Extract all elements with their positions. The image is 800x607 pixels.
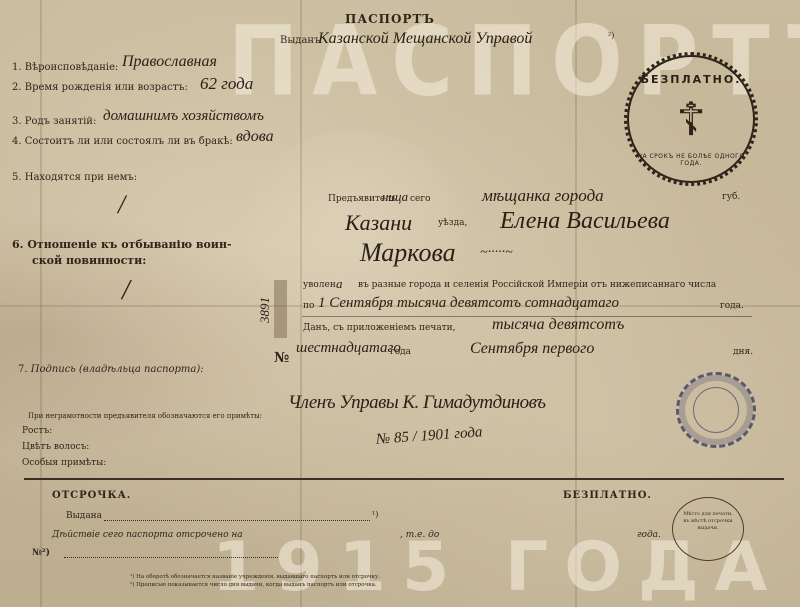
given-with-seal: Данъ, съ приложеніемъ печати,: [303, 323, 456, 333]
field-2-value: 62 года: [200, 74, 253, 94]
bearer-sego: сего: [410, 194, 431, 204]
field-6-value: /: [122, 275, 130, 307]
field-5: 5. Находятся при немъ:: [12, 172, 137, 183]
bearer-dashes: ~·····~: [480, 245, 513, 261]
free-stamp-term: НА СРОКЪ НЕ БОЛѢЕ ОДНОГО ГОДА.: [627, 153, 755, 167]
field-5-value: /: [118, 190, 125, 220]
field-4-value: вдова: [236, 128, 274, 146]
number-sign: №: [274, 350, 289, 366]
footnote-1: ¹) На оборотѣ обозначается названіе учре…: [130, 574, 380, 580]
section-divider: [24, 478, 784, 480]
extension-sign-line: [64, 557, 278, 558]
given-year-b: шестнадцатаго: [296, 340, 401, 357]
extension-sign-mark: №²): [32, 548, 50, 558]
field-2: 2. Время рожденія или возрастъ:: [12, 82, 188, 93]
official-ink-seal: [676, 372, 756, 448]
serial-number: 3891: [257, 297, 273, 323]
bearer-surname: Маркова: [360, 238, 456, 268]
given-year-word: года: [390, 347, 411, 357]
field-7: 7. Подпись (владѣльца паспорта):: [18, 364, 204, 375]
issued-by-value: Казанской Мещанской Управой: [318, 30, 532, 48]
field-6-continued: ской повинности:: [32, 254, 146, 267]
permission-until-prefix: по: [303, 301, 314, 311]
registry-number: № 85 / 1901 года: [376, 424, 483, 448]
free-stamp: БЕЗПЛАТНО. ☦ НА СРОКЪ НЕ БОЛѢЕ ОДНОГО ГО…: [624, 52, 758, 186]
field-1-value: Православная: [122, 53, 217, 71]
official-signature: Членъ Управы К. Гимадутдиновъ: [288, 392, 546, 414]
extension-valid-label: Дѣйствіе сего паспорта отсрочено на: [52, 530, 243, 540]
given-year-a: тысяча девятсотъ: [492, 316, 624, 334]
field-4: 4. Состоитъ ли или состоялъ ли въ бракѣ:: [12, 136, 233, 147]
permission-until-date: 1 Сентября тысяча девятсотъ сотнадцатаго: [318, 295, 619, 312]
extension-heading: ОТСРОЧКА.: [52, 490, 131, 501]
extension-year-label: года.: [637, 530, 661, 540]
extension-issued-mark: ¹): [372, 510, 378, 519]
feature-height: Ростъ:: [22, 426, 52, 436]
bearer-city: Казани: [345, 210, 412, 236]
permission-text: въ разные города и селенія Россійской Им…: [358, 280, 716, 290]
footnote-2: ²) Прописью показывается число дня выдач…: [130, 582, 377, 588]
field-3-value: домашнимъ хозяйствомъ: [103, 108, 264, 125]
free-stamp-label: БЕЗПЛАТНО.: [627, 73, 755, 86]
permission-year-suffix: года.: [720, 301, 744, 311]
permission-gender: а: [336, 276, 343, 292]
bearer-gender: ница: [382, 189, 408, 205]
feature-hair-color: Цвѣтъ волосъ:: [22, 442, 89, 452]
issued-label: Выданъ: [280, 35, 320, 46]
bearer-gub: губ.: [722, 192, 740, 202]
serial-number-box: 3891: [274, 280, 287, 338]
permission-prefix: уволен: [303, 280, 336, 290]
seal-inner-ring: [693, 387, 739, 433]
field-6: 6. Отношеніе къ отбыванію воин-: [12, 238, 232, 251]
seal-placeholder: Мѣсто для печати, въ мѣстѣ отсрочки выда…: [672, 497, 744, 561]
extension-until-label: , т.е. до: [400, 530, 439, 540]
bearer-name: Елена Васильева: [500, 208, 670, 235]
footnote-mark: ²): [608, 31, 614, 40]
bearer-status: мѣщанка города: [482, 186, 604, 206]
extension-free-label: БЕЗПЛАТНО.: [563, 490, 652, 501]
page-title: ПАСПОРТЪ: [345, 12, 435, 26]
extension-issued-label: Выдана: [66, 511, 102, 521]
features-heading: При неграмотности предъявителя обозначаю…: [28, 412, 262, 420]
given-day-suffix: дня.: [733, 347, 753, 357]
feature-special-marks: Особыя примѣты:: [22, 458, 106, 468]
bearer-uezd: уѣзда,: [438, 218, 467, 228]
passport-document: ПАСПОРТЪ 1915 ГОДА ПАСПОРТЪ Выданъ Казан…: [0, 0, 800, 607]
double-headed-eagle-icon: ☦: [665, 89, 717, 149]
field-3: 3. Родъ занятій:: [12, 116, 96, 127]
seal-placeholder-label: Мѣсто для печати, въ мѣстѣ отсрочки выда…: [681, 511, 735, 532]
extension-issued-line: [104, 520, 370, 521]
given-day: Сентября первого: [470, 340, 594, 358]
field-1: 1. Вѣроисповѣданіе:: [12, 62, 118, 73]
